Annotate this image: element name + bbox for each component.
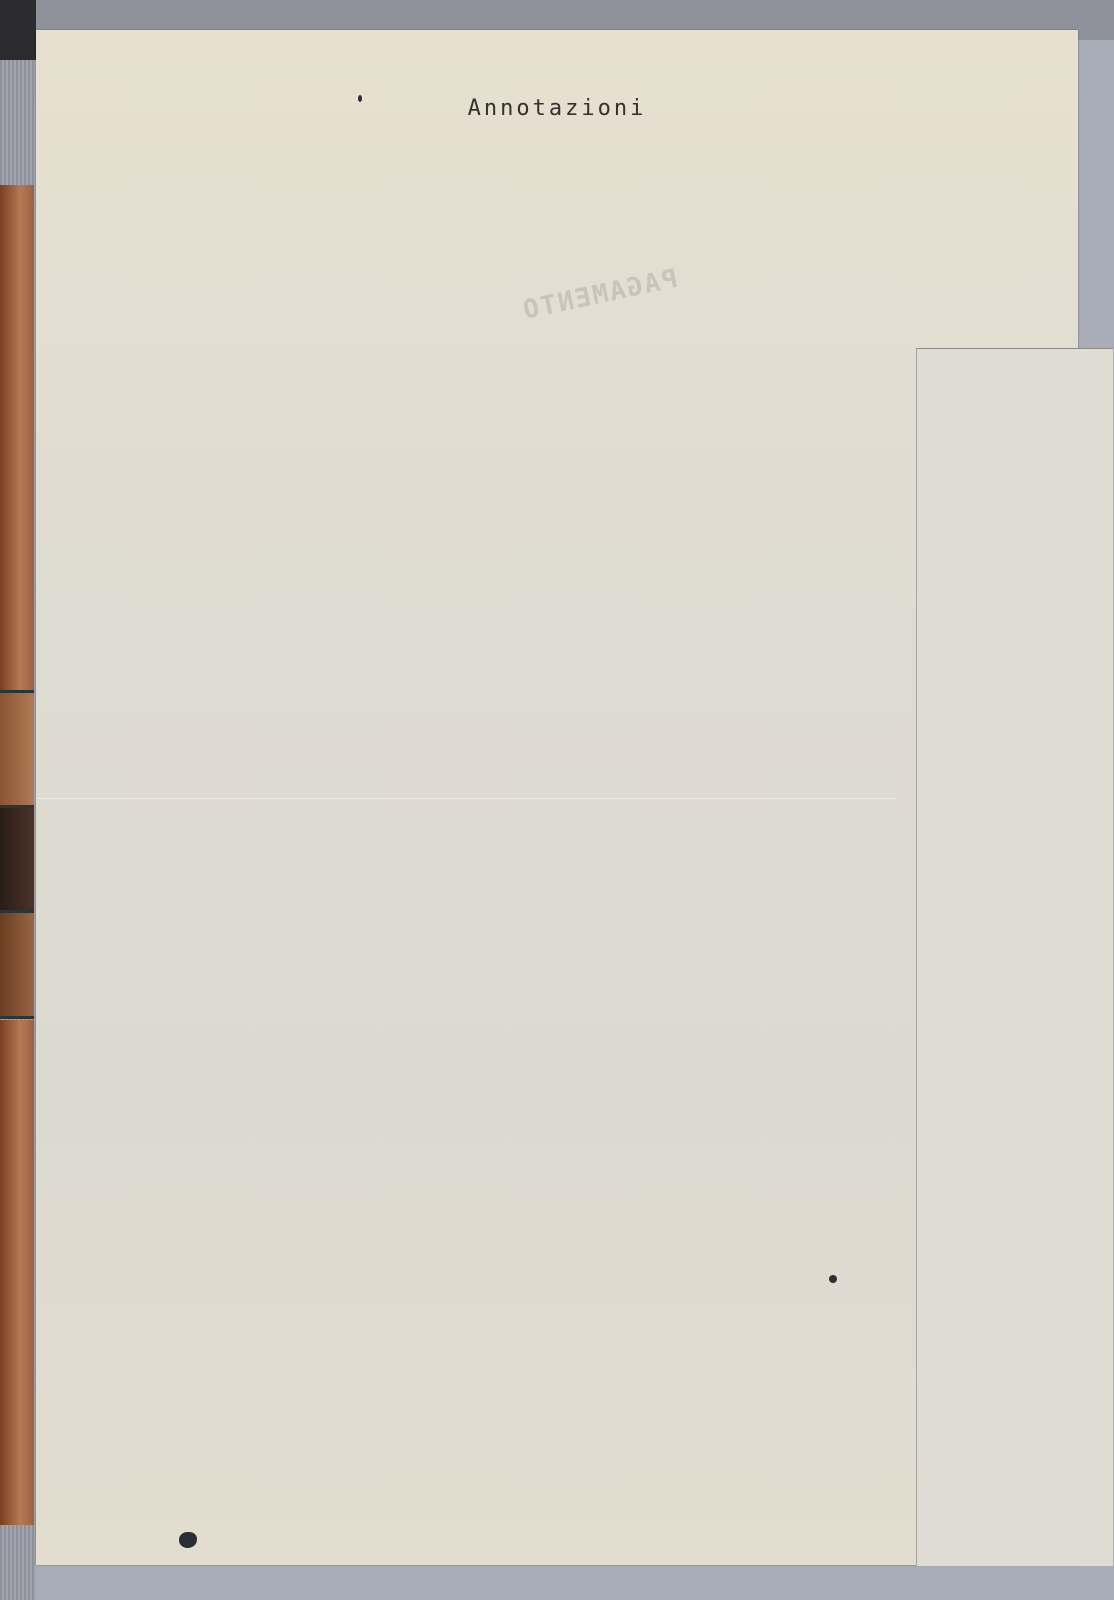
binding-strip xyxy=(0,1020,34,1525)
page-heading: Annotazioni xyxy=(0,96,1114,121)
document-page xyxy=(36,30,1078,1565)
binding-strip xyxy=(0,693,34,805)
binding-strip xyxy=(0,185,34,690)
page-fold-crease xyxy=(36,798,896,799)
binding-strip xyxy=(0,808,34,910)
ink-spot xyxy=(829,1275,837,1283)
binding-strip xyxy=(0,913,34,1016)
binding-gap xyxy=(0,1016,34,1019)
ink-blot xyxy=(179,1532,197,1548)
inserted-sheet-edge xyxy=(916,348,1113,1566)
